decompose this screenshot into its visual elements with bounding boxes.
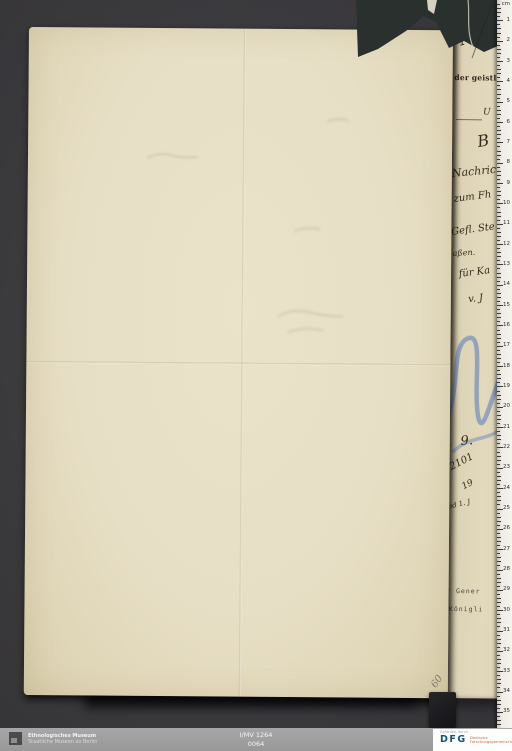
ruler-tick <box>497 37 500 38</box>
ruler-number: 28 <box>503 566 510 573</box>
binding-cloth <box>0 0 512 80</box>
ruler-tick <box>497 65 500 66</box>
ruler-tick <box>497 423 500 424</box>
ruler-tick <box>497 98 500 99</box>
ruler-tick <box>497 496 501 497</box>
ruler-tick <box>497 85 500 86</box>
ruler-tick <box>497 594 500 595</box>
dfg-name-line2: Forschungsgemeinschaft <box>470 740 512 744</box>
ruler-tick <box>497 220 500 221</box>
ruler-tick <box>497 122 503 123</box>
ruler-tick <box>497 626 500 627</box>
ruler-tick <box>497 321 500 322</box>
ruler-tick <box>497 431 500 432</box>
ruler-tick <box>497 484 500 485</box>
ruler-tick <box>497 517 501 518</box>
ruler-tick <box>497 651 503 652</box>
ruler-tick <box>497 346 503 347</box>
ruler-tick <box>497 126 500 127</box>
ruler-tick <box>497 480 501 481</box>
ruler-tick <box>497 228 500 229</box>
ruler-tick <box>497 439 501 440</box>
ruler-tick <box>497 244 503 245</box>
ruler-tick <box>497 391 500 392</box>
ruler-tick <box>497 647 500 648</box>
scan-background: M 1,der geistlichUBNachrichtlzum FhGefl.… <box>0 0 512 751</box>
ruler-tick <box>497 171 501 172</box>
ruler-tick <box>497 578 501 579</box>
ruler-tick <box>497 386 503 387</box>
ruler-tick <box>497 207 500 208</box>
ruler-tick <box>497 130 501 131</box>
ruler-tick <box>497 679 501 680</box>
ruler-tick <box>497 472 500 473</box>
ruler-tick <box>497 598 501 599</box>
ruler-tick <box>497 293 501 294</box>
ruler-tick <box>497 53 501 54</box>
ruler-tick <box>497 325 503 326</box>
ruler-tick <box>497 687 500 688</box>
ruler-tick <box>497 362 500 363</box>
archive-page: 60 <box>24 27 453 698</box>
ruler-tick <box>497 175 501 176</box>
museum-brand: Ethnologisches Museum Staatliche Museen … <box>9 732 97 745</box>
ruler-tick <box>497 142 503 143</box>
ruler-tick <box>497 366 503 367</box>
ruler-tick <box>497 443 500 444</box>
ruler-tick <box>497 525 500 526</box>
ruler-tick <box>497 289 500 290</box>
ruler-number: 35 <box>503 708 510 715</box>
ruler-tick <box>497 492 500 493</box>
ruler-tick <box>497 252 501 253</box>
ruler-tick <box>497 49 501 50</box>
ruler-tick <box>497 277 501 278</box>
ruler-unit-label: cm <box>502 1 510 7</box>
ruler-tick <box>497 700 501 701</box>
ruler-tick <box>497 553 500 554</box>
ruler-tick <box>497 427 503 428</box>
ruler-tick <box>497 671 503 672</box>
ruler-number: 1 <box>507 17 511 24</box>
ruler-tick <box>497 399 501 400</box>
ruler-tick <box>497 622 501 623</box>
dfg-acronym: DFG <box>440 735 467 745</box>
ruler-tick <box>497 374 501 375</box>
ruler-tick <box>497 614 500 615</box>
ruler-tick <box>497 411 500 412</box>
ruler-number: 23 <box>503 464 510 471</box>
ruler-tick <box>497 338 501 339</box>
ruler-tick <box>497 464 500 465</box>
ruler-tick <box>497 240 500 241</box>
ruler-number: 26 <box>503 525 510 532</box>
ruler-number: 29 <box>503 586 510 593</box>
ruler-tick <box>497 712 503 713</box>
ruler-tick <box>497 57 500 58</box>
ruler-tick <box>497 704 501 705</box>
ruler-tick <box>497 476 501 477</box>
ruler-tick <box>497 488 503 489</box>
handwriting-fragment: B <box>476 130 491 151</box>
ruler-tick <box>497 395 501 396</box>
ruler-tick <box>497 212 501 213</box>
ruler-tick <box>497 529 503 530</box>
ruler-tick <box>497 460 501 461</box>
ruler-tick <box>497 415 501 416</box>
ruler-number: 3 <box>507 58 511 65</box>
ruler-tick <box>497 167 500 168</box>
ruler-tick <box>497 264 503 265</box>
ruler-tick <box>497 61 503 62</box>
ruler-tick <box>497 675 500 676</box>
ruler-number: 9 <box>507 180 511 187</box>
ruler-number: 12 <box>503 241 510 248</box>
ruler-tick <box>497 268 500 269</box>
museum-name: Ethnologisches Museum <box>28 733 97 739</box>
ruler-tick <box>497 334 501 335</box>
ruler-tick <box>497 655 500 656</box>
ruler-tick <box>497 28 501 29</box>
ruler-tick <box>497 260 500 261</box>
ruler-tick <box>497 696 500 697</box>
typewriter-fragment: Königli <box>449 605 484 613</box>
ruler-tick <box>497 557 501 558</box>
ruler-tick <box>497 610 503 611</box>
ruler-number: 27 <box>503 546 510 553</box>
ruler-tick <box>497 382 500 383</box>
ruler-tick <box>497 232 501 233</box>
ruler-tick <box>497 403 500 404</box>
ruler-tick <box>497 618 501 619</box>
ruler-tick <box>497 606 500 607</box>
ruler-tick <box>497 582 501 583</box>
ruler-tick <box>497 659 501 660</box>
ruler-tick <box>497 513 500 514</box>
ruler-tick <box>497 195 501 196</box>
ruler-number: 17 <box>503 342 510 349</box>
ruler-number: 5 <box>507 98 511 105</box>
ruler-tick <box>497 102 503 103</box>
ruler-tick <box>497 708 500 709</box>
ruler-tick <box>497 114 501 115</box>
ruler-tick <box>497 191 501 192</box>
ruler-tick <box>497 574 500 575</box>
ruler-number: 30 <box>503 607 510 614</box>
ruler-tick <box>497 447 503 448</box>
ruler-tick <box>497 41 503 42</box>
ruler-tick <box>497 407 503 408</box>
ruler-number: 31 <box>503 627 510 634</box>
ruler-tick <box>497 350 500 351</box>
ruler-tick <box>497 45 500 46</box>
ruler-tick <box>497 281 500 282</box>
ruler-tick <box>497 639 501 640</box>
ruler-tick <box>497 216 501 217</box>
object-id: I/MV 1264 <box>240 731 273 740</box>
ruler-tick <box>497 301 500 302</box>
ruler-tick <box>497 419 501 420</box>
ruler-tick <box>497 456 501 457</box>
ruler-tick <box>497 81 503 82</box>
ruler-tick <box>497 720 501 721</box>
shelfmark: I/MV 1264 0064 <box>240 731 273 748</box>
ruler-tick <box>497 4 500 5</box>
ruler-tick <box>497 248 500 249</box>
ruler-tick <box>497 643 501 644</box>
ruler-tick <box>497 683 501 684</box>
ruler-tick <box>497 663 501 664</box>
ruler-number: 14 <box>503 281 510 288</box>
ruler-tick <box>497 297 501 298</box>
ruler-number: 7 <box>507 139 511 146</box>
dfg-full-name: Deutsche Forschungsgemeinschaft <box>470 735 512 745</box>
ruler-tick <box>497 635 500 636</box>
ruler-tick <box>497 256 501 257</box>
ruler-tick <box>497 106 500 107</box>
ruler-number: 4 <box>507 78 511 85</box>
ruler-number: 33 <box>503 668 510 675</box>
typewriter-fragment: r Gener <box>446 587 481 595</box>
ruler-tick <box>497 285 503 286</box>
handwriting-fragment: U <box>483 107 491 117</box>
ruler-number: 22 <box>503 444 510 451</box>
ruler-tick <box>497 586 500 587</box>
image-number: 0064 <box>240 740 273 749</box>
ruler-tick <box>497 537 501 538</box>
ruler-tick <box>497 24 500 25</box>
dfg-logo-row: DFG Deutsche Forschungsgemeinschaft <box>440 735 512 745</box>
ruler-tick <box>497 89 501 90</box>
ruler-tick <box>497 183 503 184</box>
ruler-number: 21 <box>503 424 510 431</box>
ruler-tick <box>497 590 503 591</box>
ruler-tick <box>497 20 503 21</box>
ruler-tick <box>497 199 500 200</box>
ruler-tick <box>497 330 500 331</box>
ruler-number: 19 <box>503 383 510 390</box>
ruler-tick <box>497 134 501 135</box>
ruler-tick <box>497 570 503 571</box>
handwriting-fragment: 9. <box>460 433 473 449</box>
ruler-tick <box>497 155 501 156</box>
ruler-tick <box>497 8 501 9</box>
ruler-number: 25 <box>503 505 510 512</box>
ruler-number: 13 <box>503 261 510 268</box>
ruler-tick <box>497 33 501 34</box>
ruler-tick <box>497 435 501 436</box>
ruler-tick <box>497 187 500 188</box>
ruler-tick <box>497 313 501 314</box>
ruler-tick <box>497 273 501 274</box>
ruler-tick <box>497 667 500 668</box>
ruler-tick <box>497 317 501 318</box>
ruler-tick <box>497 452 500 453</box>
ruler-tick <box>497 358 501 359</box>
ruler-tick <box>497 354 501 355</box>
museum-institution: Staatliche Museen zu Berlin <box>28 739 97 745</box>
ruler-tick <box>497 724 501 725</box>
ruler-tick <box>497 110 501 111</box>
ruler-number: 15 <box>503 302 510 309</box>
ruler-tick <box>497 163 503 164</box>
ruler-number: 16 <box>503 322 510 329</box>
ruler-tick <box>497 342 500 343</box>
ruler-tick <box>497 69 501 70</box>
ruler-tick <box>497 309 500 310</box>
ruler-tick <box>497 224 503 225</box>
footer-bar: Ethnologisches Museum Staatliche Museen … <box>0 728 512 751</box>
handwriting-fragment: v. J <box>468 293 484 305</box>
handwriting-fragment: aßen. <box>452 248 475 258</box>
ruler-tick <box>497 305 503 306</box>
ruler-tick <box>497 378 501 379</box>
ruler-tick <box>497 504 500 505</box>
ruler-tick <box>497 73 501 74</box>
ruler-tick <box>497 509 503 510</box>
ruler-tick <box>497 77 500 78</box>
ruler-tick <box>497 94 501 95</box>
ruler-number: 34 <box>503 688 510 695</box>
ruler-tick <box>497 545 500 546</box>
ruler-tick <box>497 500 501 501</box>
ruler-tick <box>497 716 500 717</box>
mounting-clip <box>429 692 456 728</box>
ruler-tick <box>497 146 500 147</box>
ruler-tick <box>497 151 501 152</box>
ruler-tick <box>497 203 503 204</box>
ruler-tick <box>497 179 500 180</box>
ruler: cm 1234567891011121314151617181920212223… <box>497 0 512 729</box>
ruler-tick <box>497 236 501 237</box>
ruler-tick <box>497 561 501 562</box>
ruler-number: 18 <box>503 363 510 370</box>
ruler-tick <box>497 521 501 522</box>
ruler-tick <box>497 138 500 139</box>
ruler-tick <box>497 541 501 542</box>
ruler-number: 11 <box>503 220 510 227</box>
ruler-tick <box>497 370 500 371</box>
museum-logo-icon <box>9 732 22 745</box>
ruler-tick <box>497 159 500 160</box>
ruler-tick <box>497 533 500 534</box>
ruler-number: 10 <box>503 200 510 207</box>
ruler-tick <box>497 16 500 17</box>
ruler-tick <box>497 565 500 566</box>
ruler-number: 24 <box>503 485 510 492</box>
ruler-number: 32 <box>503 647 510 654</box>
dfg-logo-patch: Gefördert durch DFG Deutsche Forschungsg… <box>433 729 512 751</box>
ruler-tick <box>497 631 503 632</box>
ruler-number: 6 <box>507 119 511 126</box>
ruler-tick <box>497 602 501 603</box>
ruler-tick <box>497 118 500 119</box>
ruler-tick <box>497 549 503 550</box>
ruler-tick <box>497 692 503 693</box>
ruler-number: 2 <box>507 37 511 44</box>
ruler-number: 20 <box>503 403 510 410</box>
ruler-tick <box>497 12 501 13</box>
ruler-number: 8 <box>507 159 511 166</box>
museum-text: Ethnologisches Museum Staatliche Museen … <box>28 733 97 745</box>
ruler-tick <box>497 468 503 469</box>
ghost-writing <box>24 27 453 698</box>
